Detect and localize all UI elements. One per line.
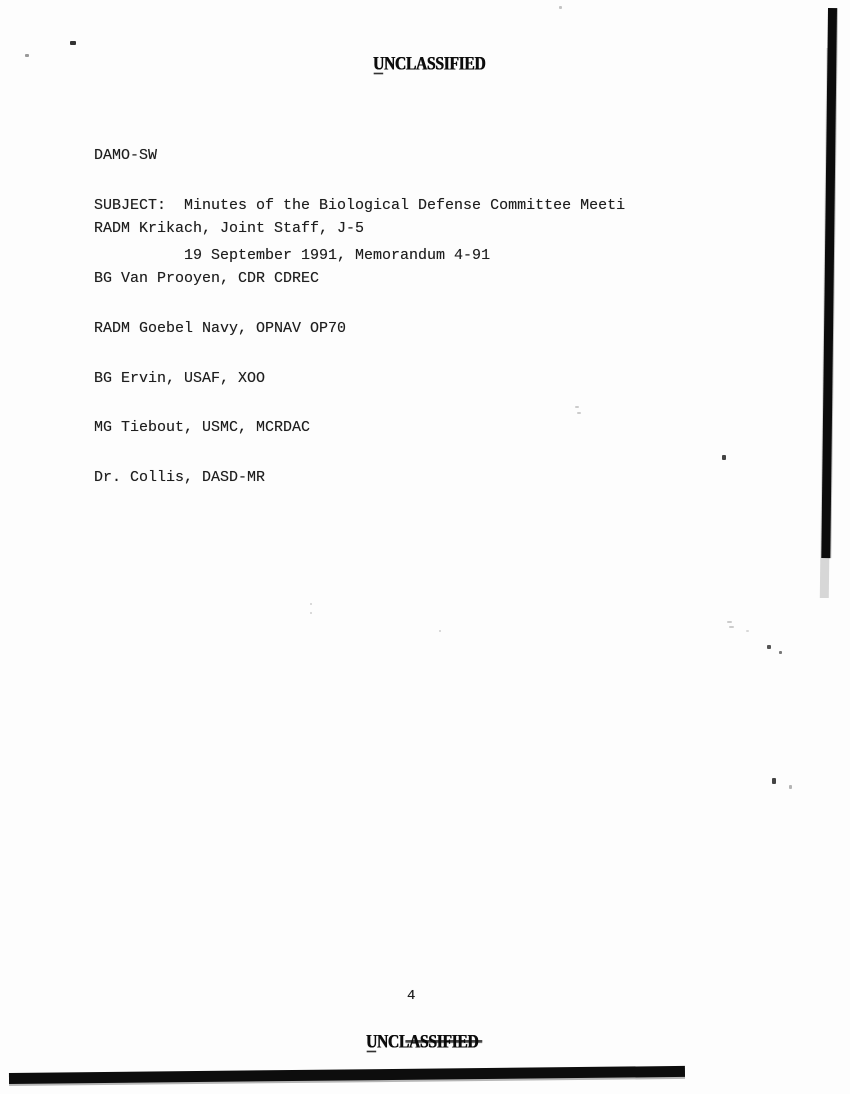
attendee-line: BG Ervin, USAF, XOO (94, 371, 364, 388)
scan-speck (746, 630, 749, 632)
office-symbol: DAMO-SW (94, 148, 625, 165)
page-number: 4 (407, 988, 415, 1004)
scan-speck (559, 6, 562, 9)
scan-speck (310, 612, 312, 614)
scan-speck (779, 651, 782, 654)
classification-header-stamp: UNCLASSIFIED (373, 53, 485, 74)
classification-footer-stamp: UNCLASSIFIED (366, 1031, 478, 1052)
scan-artifact-bottom-bar (9, 1066, 685, 1084)
scan-artifact-vertical-bar (821, 8, 837, 558)
scan-speck (577, 412, 581, 414)
scan-speck (310, 603, 312, 605)
scan-speck (767, 645, 771, 649)
scan-speck (70, 41, 76, 45)
scan-speck (772, 778, 776, 784)
attendee-line: RADM Goebel Navy, OPNAV OP70 (94, 321, 364, 338)
attendee-list: RADM Krikach, Joint Staff, J-5 BG Van Pr… (94, 188, 364, 520)
scan-speck (439, 630, 441, 632)
attendee-line: RADM Krikach, Joint Staff, J-5 (94, 221, 364, 238)
scan-speck (729, 626, 734, 628)
scan-speck (722, 455, 726, 460)
attendee-line: MG Tiebout, USMC, MCRDAC (94, 420, 364, 437)
scan-speck (789, 785, 792, 789)
scan-speck (727, 621, 732, 623)
attendee-line: Dr. Collis, DASD-MR (94, 470, 364, 487)
document-page: UNCLASSIFIED DAMO-SW SUBJECT: Minutes of… (0, 0, 850, 1094)
scan-speck (575, 406, 579, 408)
scan-speck (25, 54, 29, 57)
attendee-line: BG Van Prooyen, CDR CDREC (94, 271, 364, 288)
